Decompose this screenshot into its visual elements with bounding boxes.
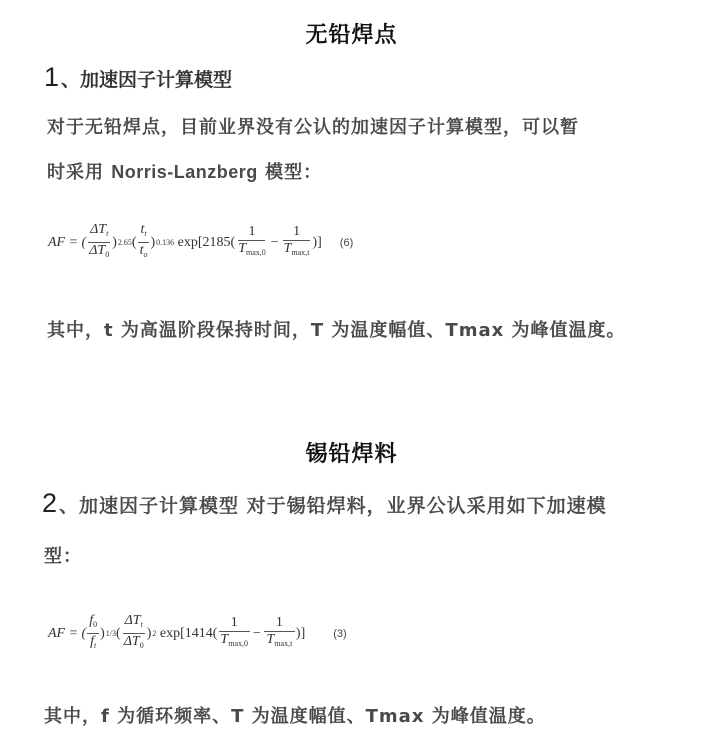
num: 1 bbox=[219, 615, 250, 632]
fraction-tmax0: 1 Tmax,0 bbox=[218, 615, 250, 652]
sub: max,t bbox=[291, 248, 309, 257]
sub: t bbox=[141, 620, 143, 629]
section1-note: 其中，t 为高温阶段保持时间，T 为温度幅值、Tmax 为峰值温度。 bbox=[47, 316, 625, 342]
heading-number: 1 bbox=[44, 62, 59, 92]
fraction-tmaxt: 1 Tmax,t bbox=[264, 615, 295, 652]
exp-term: exp[2185( bbox=[178, 235, 236, 251]
fraction-delta-t: ΔTt ΔT0 bbox=[87, 222, 111, 263]
heading-text: 、加速因子计算模型 对于锡铅焊料，业界公认采用如下加速模 bbox=[59, 495, 607, 517]
section1-paragraph-line2: 时采用 Norris-Lanzberg 模型： bbox=[47, 158, 322, 184]
exponent: 2 bbox=[152, 629, 156, 638]
text-end: 模型： bbox=[265, 162, 322, 183]
section2-heading: 2、加速因子计算模型 对于锡铅焊料，业界公认采用如下加速模 bbox=[42, 488, 607, 519]
section1-heading: 1、加速因子计算模型 bbox=[44, 62, 232, 93]
model-name: Norris-Lanzberg bbox=[111, 162, 258, 182]
exponent: 1/3 bbox=[106, 629, 116, 638]
sub: 0 bbox=[93, 620, 97, 629]
fraction-tmax0: 1 Tmax,0 bbox=[236, 224, 268, 261]
formula-lhs: AF = ( bbox=[48, 626, 86, 641]
sub: o bbox=[143, 250, 147, 259]
close-bracket: )] bbox=[296, 626, 305, 642]
num: ΔT bbox=[90, 222, 106, 237]
num: 1 bbox=[238, 224, 265, 241]
section2-paragraph-line2: 型： bbox=[44, 542, 82, 568]
section2-note: 其中，f 为循环频率、T 为温度幅值、Tmax 为峰值温度。 bbox=[44, 702, 546, 728]
fraction-tmaxt: 1 Tmax,t bbox=[282, 224, 312, 261]
section1-title: 无铅焊点 bbox=[0, 18, 703, 49]
num: ΔT bbox=[125, 613, 141, 628]
exp-term: exp[1414( bbox=[160, 626, 218, 642]
equation-number: (3) bbox=[333, 628, 346, 640]
exponent: 0.136 bbox=[156, 238, 174, 247]
formula-lhs: AF = ( bbox=[48, 235, 86, 250]
den: ΔT bbox=[124, 634, 140, 649]
num: 1 bbox=[283, 224, 310, 241]
fraction-frequency: f0 ft bbox=[87, 613, 99, 654]
den: T bbox=[238, 241, 246, 256]
minus-sign: − bbox=[253, 626, 261, 642]
sub: t bbox=[94, 641, 96, 650]
fraction-delta-t: ΔTt ΔT0 bbox=[122, 613, 146, 654]
close-bracket: )] bbox=[312, 235, 321, 251]
sub: max,0 bbox=[246, 248, 266, 257]
section2-title: 锡铅焊料 bbox=[0, 437, 703, 468]
heading-text: 、加速因子计算模型 bbox=[61, 69, 232, 91]
exponent: 2.65 bbox=[118, 238, 132, 247]
sub: 0 bbox=[140, 641, 144, 650]
sub: 0 bbox=[105, 250, 109, 259]
minus-sign: − bbox=[271, 235, 279, 251]
heading-number: 2 bbox=[42, 488, 57, 518]
text-cn: 时采用 bbox=[47, 162, 104, 183]
formula-6: AF = ( ΔTt ΔT0 )2.65( tt to )0.136 exp[2… bbox=[48, 222, 353, 263]
den: ΔT bbox=[89, 243, 105, 258]
section1-paragraph-line1: 对于无铅焊点，目前业界没有公认的加速因子计算模型，可以暂 bbox=[47, 113, 579, 139]
sub: t bbox=[106, 229, 108, 238]
sub: max,t bbox=[274, 639, 292, 648]
equation-number: (6) bbox=[340, 237, 353, 249]
sub: t bbox=[144, 229, 146, 238]
formula-3: AF = ( f0 ft )1/3( ΔTt ΔT0 )2 exp[1414( … bbox=[48, 613, 347, 654]
num: 1 bbox=[264, 615, 295, 632]
sub: max,0 bbox=[228, 639, 248, 648]
fraction-time: tt to bbox=[138, 222, 150, 263]
